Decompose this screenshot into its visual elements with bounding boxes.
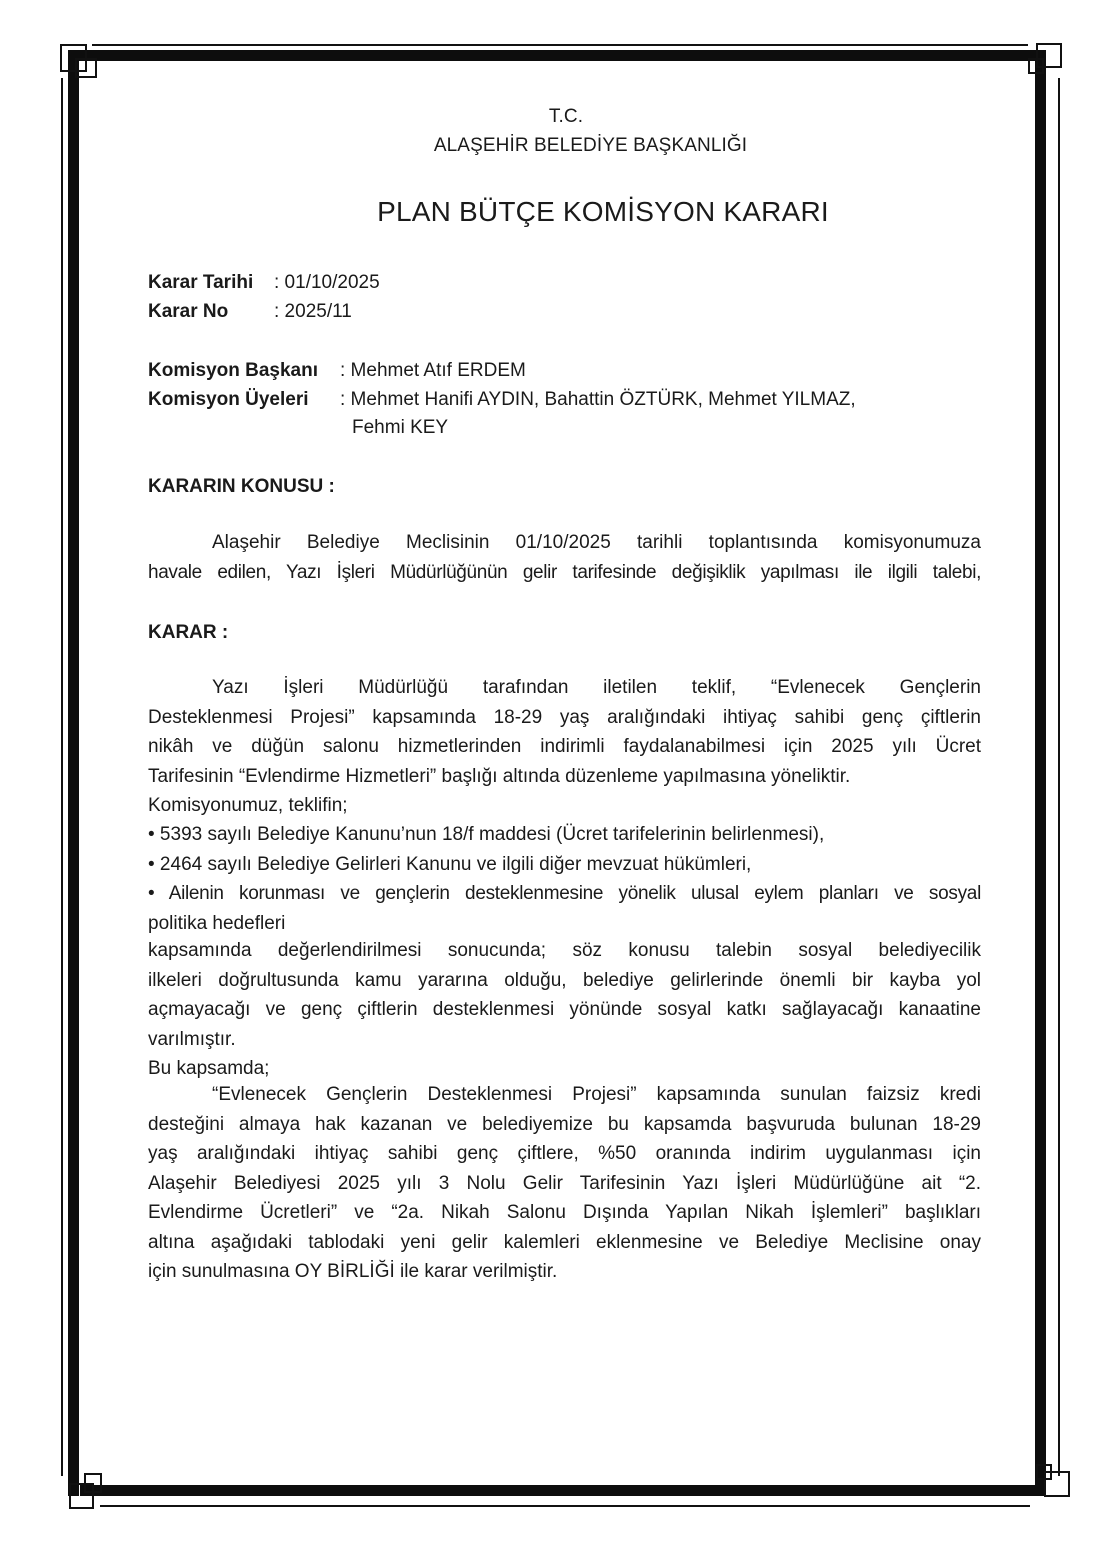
- decision-number-row: Karar No: 2025/11: [148, 301, 352, 323]
- frame-top-bar: [68, 50, 1046, 61]
- list-item-continued: politika hedefleri: [148, 909, 981, 939]
- decision-date-value: : 01/10/2025: [274, 272, 380, 294]
- list-item: • 5393 sayılı Belediye Kanunu’nun 18/f m…: [148, 820, 981, 850]
- text-line: Komisyonumuz, teklifin;: [148, 791, 981, 821]
- decision-date-row: Karar Tarihi: 01/10/2025: [148, 272, 380, 294]
- text-line: için sunulmasına OY BİRLİĞİ ile karar ve…: [148, 1257, 981, 1287]
- decision-number-value: : 2025/11: [274, 301, 352, 323]
- header-country: T.C.: [216, 106, 916, 128]
- page-title: PLAN BÜTÇE KOMİSYON KARARI: [148, 196, 983, 228]
- text-line: Evlendirme Ücretleri” ve “2a. Nikah Salo…: [148, 1198, 981, 1228]
- frame-right-line: [1058, 78, 1061, 1476]
- text-line: havale edilen, Yazı İşleri Müdürlüğünün …: [148, 558, 981, 588]
- text-line: Tarifesinin “Evlendirme Hizmetleri” başl…: [148, 762, 981, 792]
- frame-bottom-line: [100, 1505, 1030, 1508]
- commission-members-value-2: Fehmi KEY: [352, 417, 448, 439]
- commission-chair-label: Komisyon Başkanı: [148, 360, 340, 382]
- decision-final-paragraph: “Evlenecek Gençlerin Desteklenmesi Proje…: [148, 1080, 981, 1287]
- header-organization: ALAŞEHİR BELEDİYE BAŞKANLIĞI: [148, 135, 983, 157]
- corner-ornament-bottom-right: [1036, 1464, 1052, 1480]
- decision-date-label: Karar Tarihi: [148, 272, 274, 294]
- text-line: açmayacağı ve genç çiftlerin desteklenme…: [148, 995, 981, 1025]
- text-line: altına aşağıdaki tablodaki yeni gelir ka…: [148, 1228, 981, 1258]
- frame-left-line: [61, 78, 64, 1476]
- text-line: varılmıştır.: [148, 1025, 981, 1055]
- text-line: Alaşehir Belediyesi 2025 yılı 3 Nolu Gel…: [148, 1169, 981, 1199]
- frame-top-line: [92, 44, 1028, 47]
- text-line: Desteklenmesi Projesi” kapsamında 18-29 …: [148, 703, 981, 733]
- text-line: yaş aralığındaki ihtiyaç sahibi genç çif…: [148, 1139, 981, 1169]
- commission-members-value: : Mehmet Hanifi AYDIN, Bahattin ÖZTÜRK, …: [340, 389, 856, 411]
- decision-bullet-list: • 5393 sayılı Belediye Kanunu’nun 18/f m…: [148, 820, 981, 938]
- list-item: • 2464 sayılı Belediye Gelirleri Kanunu …: [148, 850, 981, 880]
- frame-right-bar: [1035, 50, 1046, 1496]
- commission-chair-value: : Mehmet Atıf ERDEM: [340, 360, 526, 382]
- commission-chair-row: Komisyon Başkanı: Mehmet Atıf ERDEM: [148, 360, 526, 382]
- frame-bottom-bar: [80, 1485, 1046, 1496]
- frame-left-bar: [68, 50, 79, 1496]
- corner-ornament-top-left: [75, 58, 97, 78]
- decision-evaluation-paragraph: kapsamında değerlendirilmesi sonucunda; …: [148, 936, 981, 1084]
- decision-intro-paragraph: Yazı İşleri Müdürlüğü tarafından iletile…: [148, 673, 981, 821]
- decision-number-label: Karar No: [148, 301, 274, 323]
- text-line: desteğini almaya hak kazanan ve belediye…: [148, 1110, 981, 1140]
- text-line: Alaşehir Belediye Meclisinin 01/10/2025 …: [148, 528, 981, 558]
- text-line: Yazı İşleri Müdürlüğü tarafından iletile…: [148, 673, 981, 703]
- text-line: ilkeleri doğrultusunda kamu yararına old…: [148, 966, 981, 996]
- commission-members-continued: Fehmi KEY: [352, 417, 448, 439]
- list-item: • Ailenin korunması ve gençlerin destekl…: [148, 879, 981, 909]
- corner-ornament-bottom-left: [84, 1473, 102, 1493]
- commission-members-label: Komisyon Üyeleri: [148, 389, 340, 411]
- text-line: nikâh ve düğün salonu hizmetlerinden ind…: [148, 732, 981, 762]
- text-line: kapsamında değerlendirilmesi sonucunda; …: [148, 936, 981, 966]
- decision-heading: KARAR :: [148, 622, 228, 644]
- subject-heading: KARARIN KONUSU :: [148, 476, 335, 498]
- text-line: “Evlenecek Gençlerin Desteklenmesi Proje…: [148, 1080, 981, 1110]
- corner-ornament-top-right: [1028, 58, 1044, 74]
- commission-members-row: Komisyon Üyeleri: Mehmet Hanifi AYDIN, B…: [148, 389, 856, 411]
- subject-paragraph: Alaşehir Belediye Meclisinin 01/10/2025 …: [148, 528, 981, 587]
